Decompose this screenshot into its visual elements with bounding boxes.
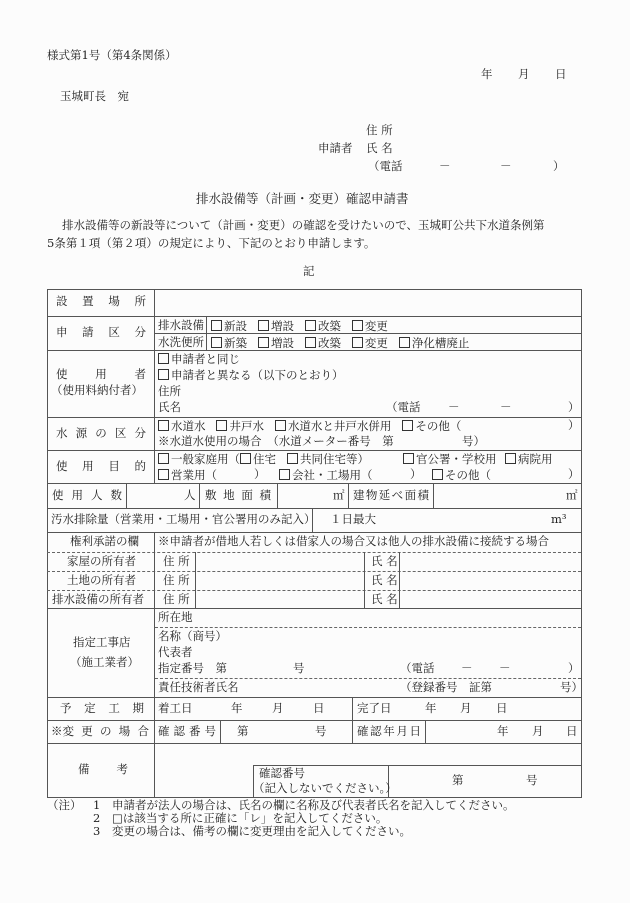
checkbox-icon bbox=[505, 453, 516, 464]
contractor-location-label: 所在地 bbox=[158, 612, 193, 624]
contractor-sublabel: （施工業者） bbox=[70, 657, 139, 669]
label-char: 者 bbox=[135, 369, 147, 381]
label-char: 期 bbox=[132, 703, 144, 715]
label-char: 日 bbox=[410, 726, 422, 738]
house-owner-label: 家屋の所有者 bbox=[67, 556, 136, 568]
label-char: 目 bbox=[108, 461, 120, 473]
option-extend[interactable]: 増設 bbox=[258, 336, 294, 350]
checkbox-icon bbox=[402, 420, 413, 431]
checkbox-icon bbox=[258, 320, 269, 331]
contractor-phone-open: （電話 bbox=[400, 663, 435, 675]
checkbox-icon bbox=[211, 337, 222, 348]
label-char: 場 bbox=[108, 296, 120, 308]
checkbox-icon bbox=[158, 453, 169, 464]
house-owner-name-label: 氏 名 bbox=[371, 556, 398, 568]
col-divider bbox=[348, 483, 349, 508]
row-divider bbox=[47, 608, 581, 609]
option-house[interactable]: 住宅 bbox=[240, 452, 276, 466]
label-char: 源 bbox=[76, 428, 88, 440]
label-char: 認 bbox=[174, 726, 186, 738]
category-label: 申 請 区 分 bbox=[56, 327, 146, 339]
location-label: 設 置 場 所 bbox=[56, 296, 146, 308]
label-char: 置 bbox=[82, 296, 94, 308]
users-unit: 人 bbox=[184, 490, 196, 502]
business-close: ） bbox=[254, 469, 266, 481]
option-label: 営業用（ bbox=[171, 468, 217, 482]
sewage-max-label: １日最大 bbox=[330, 514, 376, 526]
user-address-label: 住所 bbox=[158, 386, 181, 398]
checkbox-icon bbox=[352, 320, 363, 331]
option-new-build[interactable]: 新築 bbox=[211, 336, 247, 350]
checkbox-icon bbox=[258, 337, 269, 348]
option-apartment[interactable]: 共同住宅等） bbox=[287, 452, 369, 466]
option-new[interactable]: 新設 bbox=[211, 319, 247, 333]
row-divider bbox=[47, 417, 581, 418]
option-rebuild[interactable]: 改築 bbox=[305, 336, 341, 350]
label-char: 用 bbox=[82, 461, 94, 473]
land-owner-address-label: 住 所 bbox=[163, 575, 190, 587]
house-owner-address-label: 住 所 bbox=[163, 556, 190, 568]
end-year: 年 bbox=[425, 703, 437, 715]
land-owner-label: 土地の所有者 bbox=[67, 575, 136, 587]
rights-note: ※申請者が借地人若しくは借家人の場合又は他人の排水設備に接続する場合 bbox=[158, 536, 549, 548]
applicant-address-label: 住 所 bbox=[366, 125, 393, 137]
contractor-number-end: 号 bbox=[293, 663, 305, 675]
checkbox-icon bbox=[275, 420, 286, 431]
label-char: べ bbox=[392, 490, 404, 502]
option-combined[interactable]: 水道水と井戸水併用 bbox=[275, 419, 392, 433]
label-char: ※変 bbox=[51, 726, 74, 738]
site-area-label: 敷 地 面 積 bbox=[205, 490, 271, 502]
option-public-office[interactable]: 官公署・学校用 bbox=[403, 453, 497, 466]
flush-toilet-label: 水洗便所 bbox=[158, 337, 204, 349]
contractor-phone-dash-1: － bbox=[461, 663, 473, 675]
col-divider bbox=[195, 552, 196, 608]
company-close: ） bbox=[410, 469, 422, 481]
col-divider bbox=[399, 552, 400, 608]
checkbox-icon bbox=[158, 420, 169, 431]
addressee: 玉城町長 宛 bbox=[60, 91, 129, 103]
table-border-top bbox=[47, 289, 581, 290]
col-divider bbox=[433, 483, 434, 508]
sewage-unit: m³ bbox=[551, 514, 567, 526]
option-label: 増設 bbox=[271, 319, 294, 333]
label-char: 確 bbox=[158, 726, 170, 738]
applicant-phone-dash-1: － bbox=[439, 161, 451, 173]
facility-owner-name-label: 氏 名 bbox=[371, 594, 398, 606]
engineer-label: 責任技術者氏名 bbox=[158, 682, 239, 694]
checkbox-icon bbox=[305, 320, 316, 331]
label-char: 月 bbox=[396, 726, 408, 738]
checkbox-icon bbox=[279, 469, 290, 480]
col-divider bbox=[154, 532, 155, 797]
change-conf-no-label: 確 認 番 号 bbox=[158, 726, 216, 738]
checkbox-icon bbox=[287, 453, 298, 464]
purpose-row-1: 一般家庭用（住宅 共同住宅等） bbox=[158, 453, 369, 466]
engineer-reg-open: （登録番号 証第 bbox=[400, 682, 492, 694]
remarks-dai: 第 bbox=[452, 775, 464, 787]
checkbox-icon bbox=[403, 453, 414, 464]
label-char: 定 bbox=[84, 703, 96, 715]
start-year: 年 bbox=[231, 703, 243, 715]
user-phone-close: ） bbox=[568, 402, 580, 414]
col-divider bbox=[199, 483, 200, 508]
row-divider bbox=[47, 450, 581, 451]
change-dai: 第 bbox=[237, 726, 249, 738]
contractor-rep-label: 代表者 bbox=[158, 647, 193, 659]
water-source-options: 水道水 井戸水 水道水と井戸水併用 その他（ bbox=[158, 420, 461, 433]
option-label: 一般家庭用（ bbox=[171, 452, 240, 466]
option-label: 新築 bbox=[224, 336, 247, 350]
label-char: 面 bbox=[405, 490, 417, 502]
label-char: 延 bbox=[379, 490, 391, 502]
row-divider bbox=[47, 350, 581, 351]
contractor-number-label: 指定番号 第 bbox=[158, 663, 227, 675]
label-char: 物 bbox=[366, 490, 378, 502]
checkbox-icon bbox=[158, 469, 169, 480]
drainage-facility-options: 新設 増設 改築 変更 bbox=[211, 320, 388, 333]
user-sublabel: （使用料納付者） bbox=[51, 385, 143, 397]
option-label: 改築 bbox=[318, 336, 341, 350]
applicant-name-label: 氏 名 bbox=[366, 143, 393, 155]
engineer-reg-close: 号） bbox=[560, 682, 583, 694]
change-month: 月 bbox=[532, 726, 544, 738]
col-divider bbox=[277, 483, 278, 508]
option-label: その他（ bbox=[445, 468, 491, 482]
label-char: 工 bbox=[108, 703, 120, 715]
col-divider bbox=[352, 697, 353, 743]
label-char: 場 bbox=[119, 726, 131, 738]
contractor-phone-close: ） bbox=[568, 663, 580, 675]
water-source-close: ） bbox=[568, 420, 580, 432]
label-char: 使 bbox=[52, 490, 64, 502]
schedule-label: 予 定 工 期 bbox=[60, 703, 144, 715]
option-well-water[interactable]: 井戸水 bbox=[216, 419, 264, 433]
label-char: 積 bbox=[259, 490, 271, 502]
checkbox-icon bbox=[399, 337, 410, 348]
row-divider bbox=[47, 697, 581, 698]
checkbox-icon bbox=[211, 320, 222, 331]
table-border-left bbox=[47, 289, 48, 798]
date-month-label: 月 bbox=[518, 69, 530, 81]
col-divider bbox=[425, 720, 426, 743]
option-rebuild[interactable]: 改築 bbox=[305, 319, 341, 333]
option-other[interactable]: その他（ bbox=[402, 419, 461, 433]
remarks-conf-no-label: 確認番号 bbox=[259, 768, 305, 780]
note-3-text: 変更の場合は、備考の欄に変更理由を記入してください。 bbox=[112, 826, 411, 838]
user-phone-dash-1: － bbox=[448, 402, 460, 414]
change-label: ※変 更 の 場 合 bbox=[51, 726, 149, 738]
option-label: 共同住宅等） bbox=[300, 452, 369, 466]
facility-owner-label: 排水設備の所有者 bbox=[52, 594, 144, 606]
col-divider bbox=[154, 289, 155, 483]
site-area-unit: ㎡ bbox=[333, 490, 345, 502]
contractor-company-label: 名称（商号） bbox=[158, 631, 227, 643]
table-border-right bbox=[581, 289, 582, 798]
label-char: 設 bbox=[56, 296, 68, 308]
option-change[interactable]: 変更 bbox=[352, 336, 388, 350]
label-char: 請 bbox=[82, 327, 94, 339]
label-char: 予 bbox=[60, 703, 72, 715]
label-char: 認 bbox=[370, 726, 382, 738]
change-conf-date-label: 確 認 年 月 日 bbox=[357, 726, 421, 738]
form-number: 様式第1号（第4条関係） bbox=[47, 50, 177, 62]
drainage-facility-label: 排水設備 bbox=[158, 320, 204, 332]
label-char: 地 bbox=[223, 490, 235, 502]
flush-toilet-options: 新築 増設 改築 変更 浄化槽廃止 bbox=[211, 337, 469, 350]
option-business[interactable]: 営業用（ bbox=[158, 469, 217, 482]
option-label: 会社・工場用（ bbox=[292, 468, 373, 482]
applicant-phone-open: （電話 bbox=[368, 161, 403, 173]
col-divider bbox=[206, 316, 207, 350]
body-line-1: 排水設備等の新設等について（計画・変更）の確認を受けたいので、玉城町公共下水道条… bbox=[62, 220, 545, 232]
option-label: 申請者と異なる（以下のとおり） bbox=[171, 368, 344, 382]
col-divider bbox=[220, 720, 221, 743]
row-divider bbox=[47, 743, 581, 744]
floor-area-label: 建 物 延 べ 面 積 bbox=[353, 490, 429, 502]
option-extend[interactable]: 増設 bbox=[258, 319, 294, 333]
purpose-label: 使 用 目 的 bbox=[56, 461, 146, 473]
option-label: 水道水と井戸水併用 bbox=[288, 419, 392, 433]
date-day-label: 日 bbox=[555, 69, 567, 81]
row-divider bbox=[47, 532, 581, 533]
row-divider bbox=[154, 333, 581, 334]
start-day: 日 bbox=[313, 703, 325, 715]
location-input[interactable] bbox=[156, 291, 579, 315]
water-source-label: 水 源 の 区 分 bbox=[56, 428, 146, 440]
label-char: 敷 bbox=[205, 490, 217, 502]
label-char: 号 bbox=[205, 726, 217, 738]
option-label: 変更 bbox=[365, 336, 388, 350]
label-char: 年 bbox=[383, 726, 395, 738]
option-label: 新設 bbox=[224, 319, 247, 333]
change-year: 年 bbox=[497, 726, 509, 738]
label-char: 分 bbox=[135, 428, 147, 440]
label-char: 数 bbox=[111, 490, 123, 502]
facility-owner-address-label: 住 所 bbox=[163, 594, 190, 606]
option-hospital[interactable]: 病院用 bbox=[505, 453, 553, 466]
body-line-2: 5条第１項（第２項）の規定により、下記のとおり申請します。 bbox=[47, 238, 375, 250]
note-2-num: 2 bbox=[93, 813, 100, 825]
end-date-label: 完了日 bbox=[357, 703, 392, 715]
row-divider bbox=[47, 720, 581, 721]
water-meter-note: ※水道水使用の場合 （水道メーター番号 第 bbox=[158, 436, 394, 448]
option-label: その他（ bbox=[415, 419, 461, 433]
contractor-label: 指定工事店 bbox=[73, 637, 131, 649]
label-char: 区 bbox=[108, 327, 120, 339]
checkbox-icon bbox=[305, 337, 316, 348]
row-divider bbox=[47, 508, 581, 509]
user-label: 使 用 者 bbox=[56, 369, 146, 381]
note-2-text: □は該当する所に正確に「レ」を記入してください。 bbox=[112, 813, 387, 825]
user-phone-dash-2: － bbox=[500, 402, 512, 414]
label-char: 区 bbox=[115, 428, 127, 440]
row-divider bbox=[47, 483, 581, 484]
dashed-divider bbox=[155, 627, 581, 628]
change-go: 号 bbox=[315, 726, 327, 738]
option-change[interactable]: 変更 bbox=[352, 319, 388, 333]
change-day: 日 bbox=[566, 726, 578, 738]
remarks-go: 号 bbox=[526, 775, 538, 787]
option-tap-water[interactable]: 水道水 bbox=[158, 419, 206, 433]
dashed-divider bbox=[155, 678, 581, 679]
option-label: 井戸水 bbox=[229, 419, 264, 433]
label-char: 分 bbox=[134, 327, 146, 339]
option-household[interactable]: 一般家庭用（ bbox=[158, 452, 240, 466]
label-char: 用 bbox=[95, 369, 107, 381]
ki-label: 記 bbox=[303, 266, 315, 278]
note-1-num: 1 bbox=[93, 800, 100, 812]
label-char: 合 bbox=[138, 726, 150, 738]
option-purpose-other[interactable]: その他（ bbox=[432, 469, 491, 482]
option-label: 病院用 bbox=[518, 452, 553, 466]
label-char: 使 bbox=[56, 461, 68, 473]
option-label: 申請者と同じ bbox=[171, 352, 240, 366]
checkbox-icon bbox=[240, 453, 251, 464]
checkbox-icon bbox=[158, 353, 169, 364]
date-year-label: 年 bbox=[481, 69, 493, 81]
note-1-text: 申請者が法人の場合は、氏名の欄に名称及び代表者氏名を記入してください。 bbox=[112, 800, 515, 812]
label-char: 積 bbox=[417, 490, 429, 502]
contractor-phone-dash-2: － bbox=[499, 663, 511, 675]
option-label: 官公署・学校用 bbox=[416, 452, 497, 466]
user-same-option[interactable]: 申請者と同じ bbox=[158, 353, 240, 366]
label-char: 更 bbox=[81, 726, 93, 738]
label-char: 人 bbox=[91, 490, 103, 502]
option-label: 浄化槽廃止 bbox=[412, 336, 470, 350]
label-char: 所 bbox=[134, 296, 146, 308]
label-char: 水 bbox=[56, 428, 68, 440]
applicant-phone-close: ） bbox=[553, 161, 565, 173]
option-label: 増設 bbox=[271, 336, 294, 350]
remarks-no-fill-note: （記入しないでください。） bbox=[253, 783, 397, 795]
label-char: 使 bbox=[56, 369, 68, 381]
water-meter-note-end: 号） bbox=[462, 436, 485, 448]
document-title: 排水設備等（計画・変更）確認申請書 bbox=[196, 193, 409, 206]
option-label: 住宅 bbox=[253, 452, 276, 466]
land-owner-name-label: 氏 名 bbox=[371, 575, 398, 587]
option-septic-abolish[interactable]: 浄化槽廃止 bbox=[399, 336, 470, 350]
user-diff-option[interactable]: 申請者と異なる（以下のとおり） bbox=[158, 369, 344, 382]
label-char: 申 bbox=[56, 327, 68, 339]
checkbox-icon bbox=[352, 337, 363, 348]
option-label: 水道水 bbox=[171, 419, 206, 433]
dashed-divider bbox=[47, 571, 581, 572]
dashed-divider bbox=[47, 552, 581, 553]
label-char: 的 bbox=[134, 461, 146, 473]
applicant-phone-dash-2: － bbox=[500, 161, 512, 173]
option-label: 変更 bbox=[365, 319, 388, 333]
start-date-label: 着工日 bbox=[158, 703, 193, 715]
label-char: 番 bbox=[189, 726, 201, 738]
user-phone-open: （電話 bbox=[386, 402, 421, 414]
label-char: 確 bbox=[357, 726, 369, 738]
floor-area-unit: ㎡ bbox=[566, 490, 578, 502]
option-company[interactable]: 会社・工場用（ bbox=[279, 469, 373, 482]
label-char: の bbox=[100, 726, 112, 738]
label-char: 用 bbox=[72, 490, 84, 502]
rights-label: 権利承諾の欄 bbox=[70, 536, 139, 548]
checkbox-icon bbox=[216, 420, 227, 431]
note-3-num: 3 bbox=[93, 826, 100, 838]
label-char: 面 bbox=[241, 490, 253, 502]
purpose-other-close: ） bbox=[568, 469, 580, 481]
checkbox-icon bbox=[432, 469, 443, 480]
sewage-label: 汚水排除量（営業用・工場用・官公署用のみ記入） bbox=[51, 514, 316, 526]
label-char: 建 bbox=[353, 490, 365, 502]
users-count-label: 使 用 人 数 bbox=[52, 490, 122, 502]
start-month: 月 bbox=[272, 703, 284, 715]
checkbox-icon bbox=[158, 369, 169, 380]
remarks-input[interactable] bbox=[156, 745, 579, 764]
notes-prefix: （注） bbox=[47, 800, 82, 812]
dashed-divider bbox=[47, 590, 581, 591]
remarks-label: 備 考 bbox=[78, 764, 128, 776]
option-label: 改築 bbox=[318, 319, 341, 333]
col-divider bbox=[364, 552, 365, 608]
label-char: 考 bbox=[117, 764, 129, 776]
col-divider bbox=[126, 483, 127, 508]
user-name-label: 氏名 bbox=[158, 402, 181, 414]
end-month: 月 bbox=[460, 703, 472, 715]
applicant-role-label: 申請者 bbox=[318, 143, 353, 155]
end-day: 日 bbox=[496, 703, 508, 715]
label-char: の bbox=[95, 428, 107, 440]
row-divider bbox=[47, 316, 581, 317]
label-char: 備 bbox=[78, 764, 90, 776]
